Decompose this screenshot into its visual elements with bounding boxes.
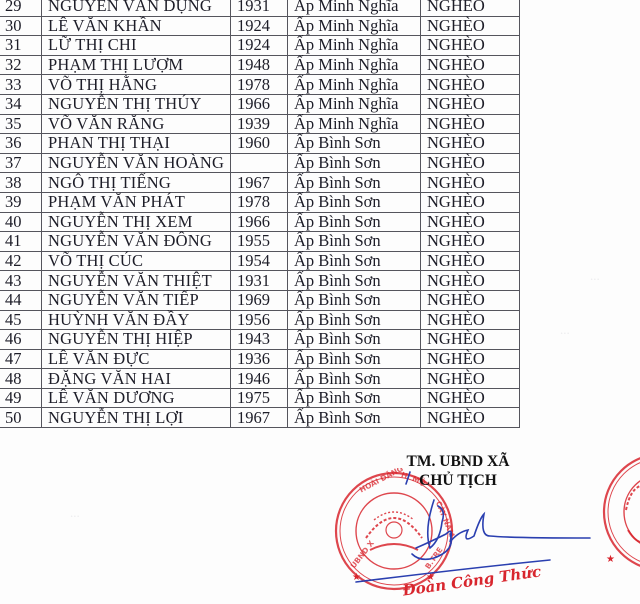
table-row: 50NGUYỄN THỊ LỢI1967Ấp Bình SơnNGHÈO (0, 408, 520, 428)
poverty-status-cell: NGHÈO (421, 36, 520, 56)
row-number-cell: 30 (0, 16, 42, 36)
poverty-status-cell: NGHÈO (421, 55, 520, 75)
show-through-text: ... (560, 322, 570, 338)
row-number-cell: 48 (0, 369, 42, 389)
hamlet-address-cell: Ấp Bình Sơn (288, 369, 421, 389)
row-number-cell: 34 (0, 94, 42, 114)
birth-year-cell: 1967 (231, 408, 288, 428)
household-table-body: 29NGUYỄN VĂN DỤNG1931Ấp Minh NghĩaNGHÈO3… (0, 0, 520, 428)
person-name-cell: NGUYỄN VĂN ĐÔNG (42, 232, 231, 252)
row-number-cell: 49 (0, 388, 42, 408)
table-row: 49LÊ VĂN DƯƠNG1975Ấp Bình SơnNGHÈO (0, 388, 520, 408)
row-number-cell: 50 (0, 408, 42, 428)
svg-text:★: ★ (352, 572, 361, 583)
poverty-status-cell: NGHÈO (421, 388, 520, 408)
signer-name: Đoàn Công Thức (401, 562, 542, 599)
hamlet-address-cell: Ấp Bình Sơn (288, 251, 421, 271)
birth-year-cell: 1978 (231, 75, 288, 95)
person-name-cell: LÊ VĂN ĐỰC (42, 349, 231, 369)
birth-year-cell: 1975 (231, 388, 288, 408)
birth-year-cell: 1924 (231, 36, 288, 56)
person-name-cell: PHẠM THỊ LƯỢM (42, 55, 231, 75)
person-name-cell: PHAN THỊ THẠI (42, 134, 231, 154)
poverty-status-cell: NGHÈO (421, 114, 520, 134)
poverty-status-cell: NGHÈO (421, 408, 520, 428)
person-name-cell: NGUYỄN THỊ HIỆP (42, 330, 231, 350)
poverty-status-cell: NGHÈO (421, 192, 520, 212)
table-row: 35VÕ VĂN RĂNG1939Ấp Minh NghĩaNGHÈO (0, 114, 520, 134)
table-row: 40NGUYỄN THỊ XEM1966Ấp Bình SơnNGHÈO (0, 212, 520, 232)
table-row: 30LÊ VĂN KHẦN1924Ấp Minh NghĩaNGHÈO (0, 16, 520, 36)
birth-year-cell: 1956 (231, 310, 288, 330)
birth-year-cell: 1954 (231, 251, 288, 271)
birth-year-cell: 1967 (231, 173, 288, 193)
table-row: 29NGUYỄN VĂN DỤNG1931Ấp Minh NghĩaNGHÈO (0, 0, 520, 16)
table-row: 48ĐẶNG VĂN HAI1946Ấp Bình SơnNGHÈO (0, 369, 520, 389)
poverty-status-cell: NGHÈO (421, 0, 520, 16)
poverty-status-cell: NGHÈO (421, 290, 520, 310)
row-number-cell: 29 (0, 0, 42, 16)
row-number-cell: 39 (0, 192, 42, 212)
row-number-cell: 44 (0, 290, 42, 310)
table-row: 46NGUYỄN THỊ HIỆP1943Ấp Bình SơnNGHÈO (0, 330, 520, 350)
person-name-cell: NGUYỄN THỊ THÚY (42, 94, 231, 114)
row-number-cell: 37 (0, 153, 42, 173)
hamlet-address-cell: Ấp Minh Nghĩa (288, 16, 421, 36)
row-number-cell: 43 (0, 271, 42, 291)
row-number-cell: 31 (0, 36, 42, 56)
scanned-page: ... ... ... 29NGUYỄN VĂN DỤNG1931Ấp Minh… (0, 0, 640, 604)
row-number-cell: 47 (0, 349, 42, 369)
person-name-cell: NGUYỄN VĂN DỤNG (42, 0, 231, 16)
person-name-cell: HUỲNH VĂN ĐẦY (42, 310, 231, 330)
person-name-cell: LÊ VĂN DƯƠNG (42, 388, 231, 408)
birth-year-cell: 1931 (231, 0, 288, 16)
poverty-status-cell: NGHÈO (421, 134, 520, 154)
table-row: 31LỮ THỊ CHI1924Ấp Minh NghĩaNGHÈO (0, 36, 520, 56)
hamlet-address-cell: Ấp Bình Sơn (288, 388, 421, 408)
poverty-status-cell: NGHÈO (421, 94, 520, 114)
person-name-cell: NGUYỄN THỊ XEM (42, 212, 231, 232)
table-row: 39PHẠM VĂN PHÁT1978Ấp Bình SơnNGHÈO (0, 192, 520, 212)
poverty-status-cell: NGHÈO (421, 310, 520, 330)
show-through-text: ... (590, 268, 600, 284)
row-number-cell: 38 (0, 173, 42, 193)
person-name-cell: NGUYỄN VĂN TIẾP (42, 290, 231, 310)
birth-year-cell: 1936 (231, 349, 288, 369)
person-name-cell: NGUYỄN THỊ LỢI (42, 408, 231, 428)
hamlet-address-cell: Ấp Minh Nghĩa (288, 55, 421, 75)
person-name-cell: LÊ VĂN KHẦN (42, 16, 231, 36)
hamlet-address-cell: Ấp Bình Sơn (288, 349, 421, 369)
svg-text:★: ★ (606, 554, 615, 565)
hamlet-address-cell: Ấp Bình Sơn (288, 271, 421, 291)
person-name-cell: NGUYỄN VĂN THIỆT (42, 271, 231, 291)
row-number-cell: 40 (0, 212, 42, 232)
hamlet-address-cell: Ấp Bình Sơn (288, 192, 421, 212)
table-row: 33VÕ THỊ HẰNG1978Ấp Minh NghĩaNGHÈO (0, 75, 520, 95)
poverty-status-cell: NGHÈO (421, 349, 520, 369)
person-name-cell: LỮ THỊ CHI (42, 36, 231, 56)
table-row: 47LÊ VĂN ĐỰC1936Ấp Bình SơnNGHÈO (0, 349, 520, 369)
birth-year-cell: 1955 (231, 232, 288, 252)
table-row: 42VÕ THỊ CÚC1954Ấp Bình SơnNGHÈO (0, 251, 520, 271)
table-row: 41NGUYỄN VĂN ĐÔNG1955Ấp Bình SơnNGHÈO (0, 232, 520, 252)
birth-year-cell: 1948 (231, 55, 288, 75)
hamlet-address-cell: Ấp Bình Sơn (288, 408, 421, 428)
person-name-cell: NGÔ THỊ TIẾNG (42, 173, 231, 193)
poverty-status-cell: NGHÈO (421, 232, 520, 252)
hamlet-address-cell: Ấp Minh Nghĩa (288, 75, 421, 95)
poverty-status-cell: NGHÈO (421, 75, 520, 95)
household-table: 29NGUYỄN VĂN DỤNG1931Ấp Minh NghĩaNGHÈO3… (0, 0, 520, 428)
person-name-cell: PHẠM VĂN PHÁT (42, 192, 231, 212)
poverty-status-cell: NGHÈO (421, 330, 520, 350)
svg-text:CÀY NAM: CÀY NAM (434, 500, 457, 539)
person-name-cell: VÕ THỊ HẰNG (42, 75, 231, 95)
hamlet-address-cell: Ấp Minh Nghĩa (288, 36, 421, 56)
signature-org-line: TM. UBND XÃ (388, 452, 528, 471)
svg-text:B.TRE: B.TRE (423, 545, 444, 570)
hamlet-address-cell: Ấp Bình Sơn (288, 232, 421, 252)
person-name-cell: VÕ VĂN RĂNG (42, 114, 231, 134)
poverty-status-cell: NGHÈO (421, 212, 520, 232)
birth-year-cell: 1966 (231, 212, 288, 232)
row-number-cell: 36 (0, 134, 42, 154)
poverty-status-cell: NGHÈO (421, 16, 520, 36)
row-number-cell: 32 (0, 55, 42, 75)
hamlet-address-cell: Ấp Minh Nghĩa (288, 94, 421, 114)
hamlet-address-cell: Ấp Bình Sơn (288, 290, 421, 310)
birth-year-cell: 1924 (231, 16, 288, 36)
birth-year-cell: 1943 (231, 330, 288, 350)
poverty-status-cell: NGHÈO (421, 173, 520, 193)
row-number-cell: 45 (0, 310, 42, 330)
birth-year-cell: 1969 (231, 290, 288, 310)
hamlet-address-cell: Ấp Bình Sơn (288, 134, 421, 154)
birth-year-cell: 1931 (231, 271, 288, 291)
hamlet-address-cell: Ấp Minh Nghĩa (288, 114, 421, 134)
signature-role-line: CHỦ TỊCH (388, 471, 528, 490)
hamlet-address-cell: Ấp Bình Sơn (288, 310, 421, 330)
row-number-cell: 41 (0, 232, 42, 252)
poverty-status-cell: NGHÈO (421, 271, 520, 291)
row-number-cell: 46 (0, 330, 42, 350)
birth-year-cell: 1946 (231, 369, 288, 389)
hamlet-address-cell: Ấp Bình Sơn (288, 153, 421, 173)
hamlet-address-cell: Ấp Bình Sơn (288, 173, 421, 193)
birth-year-cell (231, 153, 288, 173)
show-through-text: ... (70, 505, 80, 521)
person-name-cell: VÕ THỊ CÚC (42, 251, 231, 271)
birth-year-cell: 1960 (231, 134, 288, 154)
hamlet-address-cell: Ấp Minh Nghĩa (288, 0, 421, 16)
row-number-cell: 42 (0, 251, 42, 271)
birth-year-cell: 1966 (231, 94, 288, 114)
table-row: 38NGÔ THỊ TIẾNG1967Ấp Bình SơnNGHÈO (0, 173, 520, 193)
hamlet-address-cell: Ấp Bình Sơn (288, 212, 421, 232)
table-row: 37NGUYỄN VĂN HOÀNGẤp Bình SơnNGHÈO (0, 153, 520, 173)
row-number-cell: 35 (0, 114, 42, 134)
person-name-cell: ĐẶNG VĂN HAI (42, 369, 231, 389)
poverty-status-cell: NGHÈO (421, 251, 520, 271)
row-number-cell: 33 (0, 75, 42, 95)
official-seal-stamp-partial: ★ (600, 450, 640, 580)
birth-year-cell: 1978 (231, 192, 288, 212)
table-row: 32PHẠM THỊ LƯỢM1948Ấp Minh NghĩaNGHÈO (0, 55, 520, 75)
poverty-status-cell: NGHÈO (421, 369, 520, 389)
birth-year-cell: 1939 (231, 114, 288, 134)
table-row: 34NGUYỄN THỊ THÚY1966Ấp Minh NghĩaNGHÈO (0, 94, 520, 114)
poverty-status-cell: NGHÈO (421, 153, 520, 173)
person-name-cell: NGUYỄN VĂN HOÀNG (42, 153, 231, 173)
table-row: 44NGUYỄN VĂN TIẾP1969Ấp Bình SơnNGHÈO (0, 290, 520, 310)
hamlet-address-cell: Ấp Bình Sơn (288, 330, 421, 350)
svg-text:UBND X: UBND X (349, 539, 376, 570)
table-row: 36PHAN THỊ THẠI1960Ấp Bình SơnNGHÈO (0, 134, 520, 154)
signature-title-block: TM. UBND XÃ CHỦ TỊCH (388, 452, 528, 490)
table-row: 45HUỲNH VĂN ĐẦY1956Ấp Bình SơnNGHÈO (0, 310, 520, 330)
table-row: 43NGUYỄN VĂN THIỆT1931Ấp Bình SơnNGHÈO (0, 271, 520, 291)
